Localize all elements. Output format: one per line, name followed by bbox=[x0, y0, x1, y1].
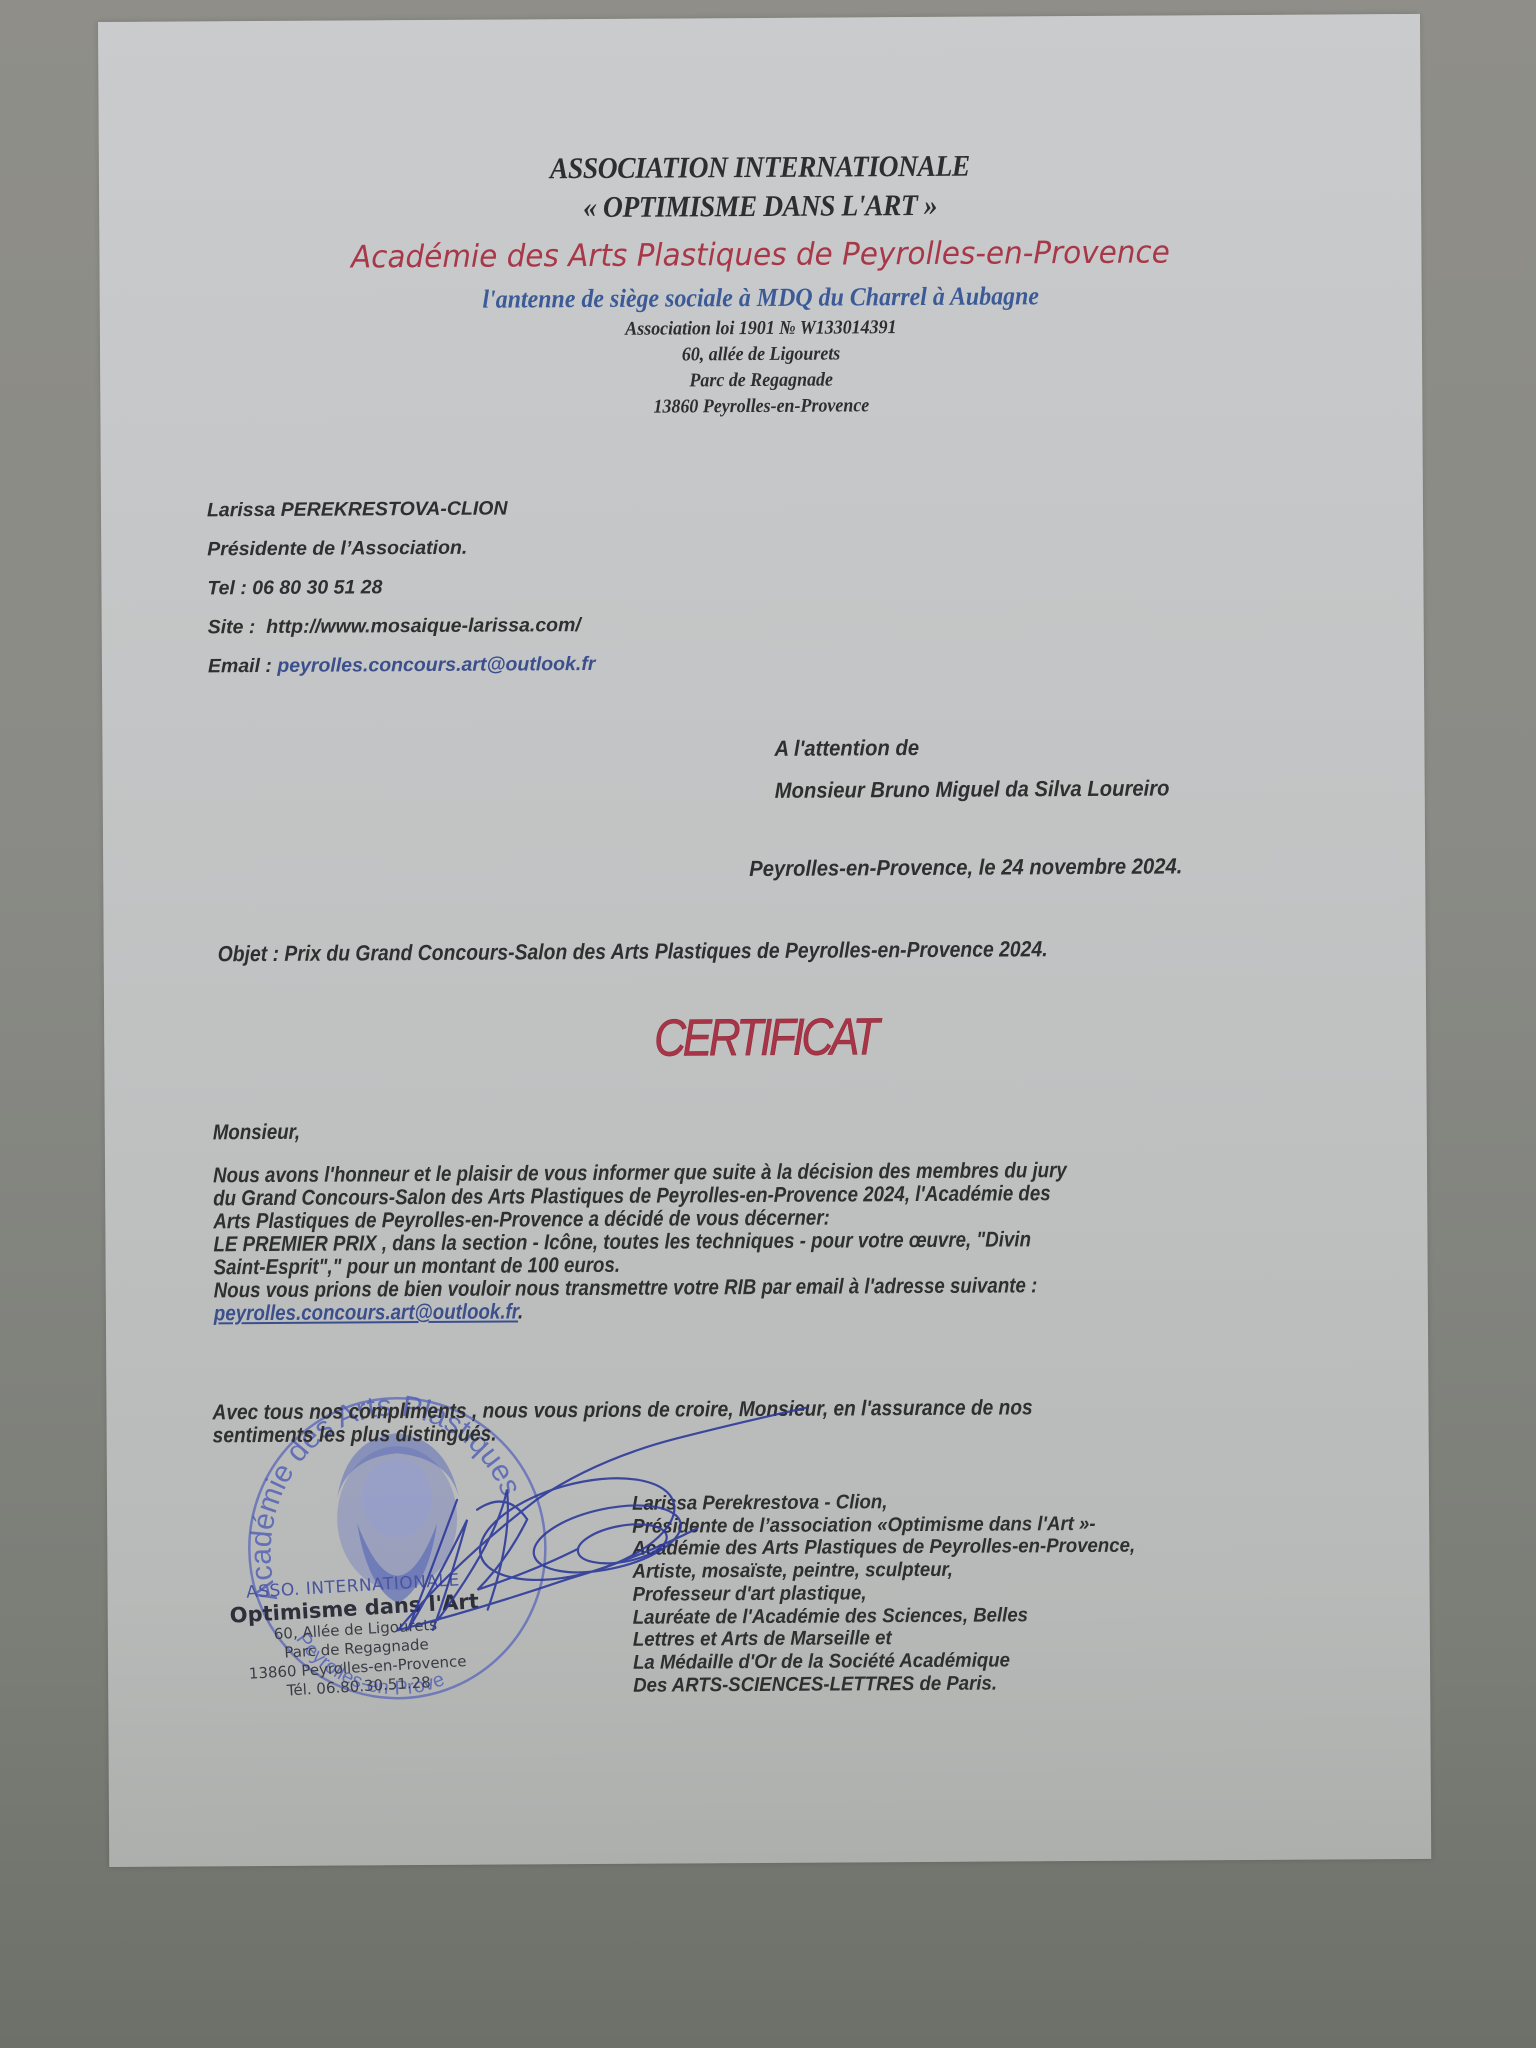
academy-name: Académie des Arts Plastiques de Peyrolle… bbox=[132, 226, 1388, 284]
site-link[interactable]: http://www.mosaique-larissa.com/ bbox=[266, 614, 581, 638]
body-email-link[interactable]: peyrolles.concours.art@outlook.fr bbox=[214, 1299, 518, 1325]
letterhead: ASSOCIATION INTERNATIONALE « OPTIMISME D… bbox=[99, 144, 1423, 424]
sender-email: Email : peyrolles.concours.art@outlook.f… bbox=[208, 653, 596, 694]
site-label: Site : bbox=[208, 616, 256, 638]
sender-site: Site : http://www.mosaique-larissa.com/ bbox=[208, 614, 596, 655]
letter-page: ASSOCIATION INTERNATIONALE « OPTIMISME D… bbox=[98, 14, 1431, 1867]
attention-line: A l'attention de bbox=[774, 733, 1169, 777]
tel-value: 06 80 30 51 28 bbox=[252, 576, 382, 599]
body-email-line: peyrolles.concours.art@outlook.fr. bbox=[214, 1296, 1206, 1325]
letter-date: Peyrolles-en-Provence, le 24 novembre 20… bbox=[749, 853, 1182, 882]
sender-block: Larissa PEREKRESTOVA-CLION Présidente de… bbox=[207, 497, 596, 694]
email-label: Email : bbox=[208, 655, 272, 677]
association-subtitle: « OPTIMISME DANS L'ART » bbox=[152, 184, 1368, 229]
sender-name: Larissa PEREKRESTOVA-CLION bbox=[207, 497, 595, 538]
tel-label: Tel : bbox=[207, 577, 247, 599]
salutation: Monsieur, bbox=[213, 1115, 1205, 1144]
handwritten-signature bbox=[336, 1378, 818, 1681]
letter-body: Monsieur, Nous avons l'honneur et le pla… bbox=[213, 1115, 1206, 1325]
email-link[interactable]: peyrolles.concours.art@outlook.fr bbox=[277, 653, 595, 677]
recipient-name: Monsieur Bruno Miguel da Silva Loureiro bbox=[775, 775, 1170, 819]
recipient-block: A l'attention de Monsieur Bruno Miguel d… bbox=[774, 733, 1204, 820]
sender-tel: Tel : 06 80 30 51 28 bbox=[207, 575, 595, 616]
certificate-title: CERTIFICAT bbox=[203, 1005, 1327, 1072]
sender-title: Présidente de l’Association. bbox=[207, 536, 595, 577]
body-email-suffix: . bbox=[518, 1299, 523, 1323]
letter-subject: Objet : Prix du Grand Concours-Salon des… bbox=[218, 936, 1048, 967]
